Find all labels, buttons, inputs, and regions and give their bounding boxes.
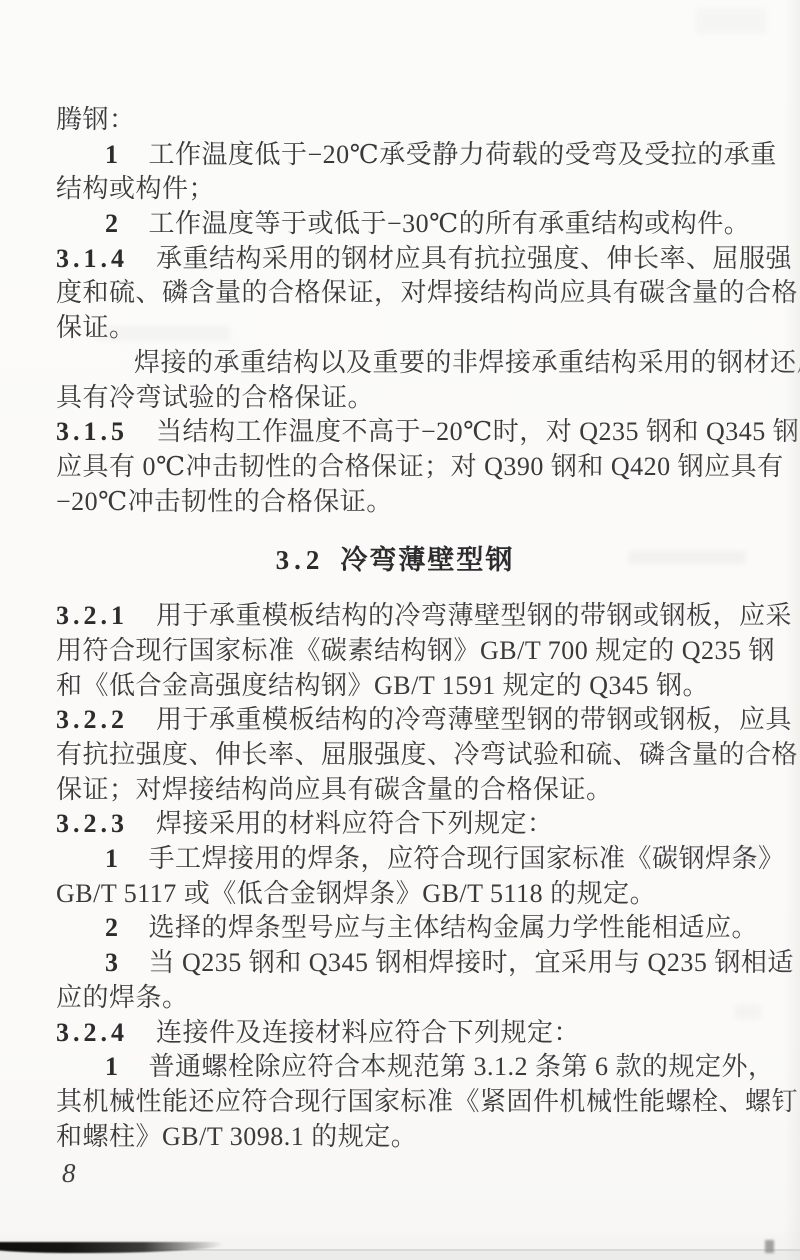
line-text: 保证；对焊接结构尚应具有碳含量的合格保证。	[56, 775, 613, 804]
doc-line: 应的焊条。	[56, 981, 734, 1016]
doc-line: 1手工焊接用的焊条，应符合现行国家标准《碳钢焊条》	[56, 842, 734, 877]
item-number: 3	[105, 948, 119, 977]
doc-line: 3.2.3焊接采用的材料应符合下列规定：	[56, 807, 734, 842]
doc-line: 2工作温度等于或低于−30℃的所有承重结构或构件。	[56, 207, 734, 242]
scan-edge-mark	[765, 1240, 774, 1253]
line-text: −20℃冲击韧性的合格保证。	[56, 487, 393, 516]
page-number: 8	[62, 1158, 77, 1189]
scanned-page: 腾钢： 1工作温度低于−20℃承受静力荷载的受弯及受拉的承重 结构或构件； 2工…	[0, 0, 800, 1260]
section-number: 3.1.5	[56, 417, 128, 446]
heading-title: 冷弯薄壁型钢	[340, 545, 514, 575]
doc-line: 3.1.4承重结构采用的钢材应具有抗拉强度、伸长率、屈服强	[56, 242, 734, 277]
item-number: 1	[105, 140, 119, 169]
doc-line: 具有冷弯试验的合格保证。	[56, 381, 734, 416]
doc-line: 保证；对焊接结构尚应具有碳含量的合格保证。	[56, 773, 734, 808]
doc-line: 2选择的焊条型号应与主体结构金属力学性能相适应。	[56, 911, 734, 946]
line-text: 普通螺栓除应符合本规范第 3.1.2 条第 6 款的规定外，	[149, 1052, 775, 1081]
line-text: 手工焊接用的焊条，应符合现行国家标准《碳钢焊条》	[149, 844, 785, 873]
doc-line: 焊接的承重结构以及重要的非焊接承重结构采用的钢材还应	[56, 346, 734, 381]
doc-line: 3当 Q235 钢和 Q345 钢相焊接时，宜采用与 Q235 钢相适	[56, 946, 734, 981]
section-number: 3.2.1	[56, 601, 128, 630]
line-text: 和螺柱》GB/T 3098.1 的规定。	[56, 1122, 417, 1151]
document-body: 腾钢： 1工作温度低于−20℃承受静力荷载的受弯及受拉的承重 结构或构件； 2工…	[56, 103, 734, 1154]
doc-line: 3.2.2用于承重模板结构的冷弯薄壁型钢的带钢或钢板，应具	[56, 703, 734, 738]
line-text: 用于承重模板结构的冷弯薄壁型钢的带钢或钢板，应采	[156, 601, 792, 630]
line-text: 其机械性能还应符合现行国家标准《紧固件机械性能螺栓、螺钉	[56, 1087, 798, 1116]
line-text: 有抗拉强度、伸长率、屈服强度、冷弯试验和硫、磷含量的合格	[56, 740, 798, 769]
doc-line: 3.2.1用于承重模板结构的冷弯薄壁型钢的带钢或钢板，应采	[56, 599, 734, 634]
section-number: 3.2.3	[56, 809, 128, 838]
line-text: 度和硫、磷含量的合格保证，对焊接结构尚应具有碳含量的合格	[56, 278, 798, 307]
item-number: 2	[105, 209, 119, 238]
doc-line: −20℃冲击韧性的合格保证。	[56, 485, 734, 520]
section-heading: 3.2冷弯薄壁型钢	[56, 542, 734, 578]
item-number: 1	[105, 844, 119, 873]
doc-line: 3.1.5当结构工作温度不高于−20℃时，对 Q235 钢和 Q345 钢	[56, 415, 734, 450]
bleed-artifact	[696, 8, 766, 34]
doc-line: 度和硫、磷含量的合格保证，对焊接结构尚应具有碳含量的合格	[56, 276, 734, 311]
bleed-artifact	[735, 1005, 761, 1019]
heading-number: 3.2	[276, 545, 325, 575]
doc-line: 有抗拉强度、伸长率、屈服强度、冷弯试验和硫、磷含量的合格	[56, 738, 734, 773]
line-text: 当结构工作温度不高于−20℃时，对 Q235 钢和 Q345 钢	[156, 417, 799, 446]
line-text: GB/T 5117 或《低合金钢焊条》GB/T 5118 的规定。	[56, 879, 656, 908]
line-text: 用符合现行国家标准《碳素结构钢》GB/T 700 规定的 Q235 钢	[56, 636, 775, 665]
doc-line: 用符合现行国家标准《碳素结构钢》GB/T 700 规定的 Q235 钢	[56, 634, 734, 669]
line-text: 工作温度低于−20℃承受静力荷载的受弯及受拉的承重	[149, 140, 777, 169]
line-text: 和《低合金高强度结构钢》GB/T 1591 规定的 Q345 钢。	[56, 671, 709, 700]
line-text: 应具有 0℃冲击韧性的合格保证；对 Q390 钢和 Q420 钢应具有	[56, 452, 784, 481]
doc-line: 和《低合金高强度结构钢》GB/T 1591 规定的 Q345 钢。	[56, 669, 734, 704]
line-text: 焊接的承重结构以及重要的非焊接承重结构采用的钢材还应	[134, 348, 800, 377]
doc-line: 腾钢：	[56, 103, 734, 138]
line-text: 当 Q235 钢和 Q345 钢相焊接时，宜采用与 Q235 钢相适	[149, 948, 794, 977]
section-number: 3.2.4	[56, 1018, 128, 1047]
doc-line: 1普通螺栓除应符合本规范第 3.1.2 条第 6 款的规定外，	[56, 1050, 734, 1085]
line-text: 结构或构件；	[56, 174, 215, 203]
doc-line: 和螺柱》GB/T 3098.1 的规定。	[56, 1120, 734, 1155]
doc-line: 应具有 0℃冲击韧性的合格保证；对 Q390 钢和 Q420 钢应具有	[56, 450, 734, 485]
doc-line: 其机械性能还应符合现行国家标准《紧固件机械性能螺栓、螺钉	[56, 1085, 734, 1120]
line-text: 焊接采用的材料应符合下列规定：	[156, 809, 554, 838]
doc-line: 3.2.4连接件及连接材料应符合下列规定：	[56, 1016, 734, 1051]
doc-line: GB/T 5117 或《低合金钢焊条》GB/T 5118 的规定。	[56, 877, 734, 912]
doc-line: 保证。	[56, 311, 734, 346]
line-text: 保证。	[56, 313, 136, 342]
line-text: 具有冷弯试验的合格保证。	[56, 383, 374, 412]
line-text: 用于承重模板结构的冷弯薄壁型钢的带钢或钢板，应具	[156, 705, 792, 734]
section-number: 3.2.2	[56, 705, 128, 734]
line-text: 承重结构采用的钢材应具有抗拉强度、伸长率、屈服强	[156, 244, 792, 273]
section-number: 3.1.4	[56, 244, 128, 273]
item-number: 1	[105, 1052, 119, 1081]
line-text: 连接件及连接材料应符合下列规定：	[156, 1018, 580, 1047]
doc-line: 1工作温度低于−20℃承受静力荷载的受弯及受拉的承重	[56, 138, 734, 173]
doc-line: 结构或构件；	[56, 172, 734, 207]
line-text: 工作温度等于或低于−30℃的所有承重结构或构件。	[149, 209, 751, 238]
line-text: 应的焊条。	[56, 983, 189, 1012]
item-number: 2	[105, 913, 119, 942]
line-text: 选择的焊条型号应与主体结构金属力学性能相适应。	[149, 913, 759, 942]
line-text: 腾钢：	[56, 105, 136, 134]
